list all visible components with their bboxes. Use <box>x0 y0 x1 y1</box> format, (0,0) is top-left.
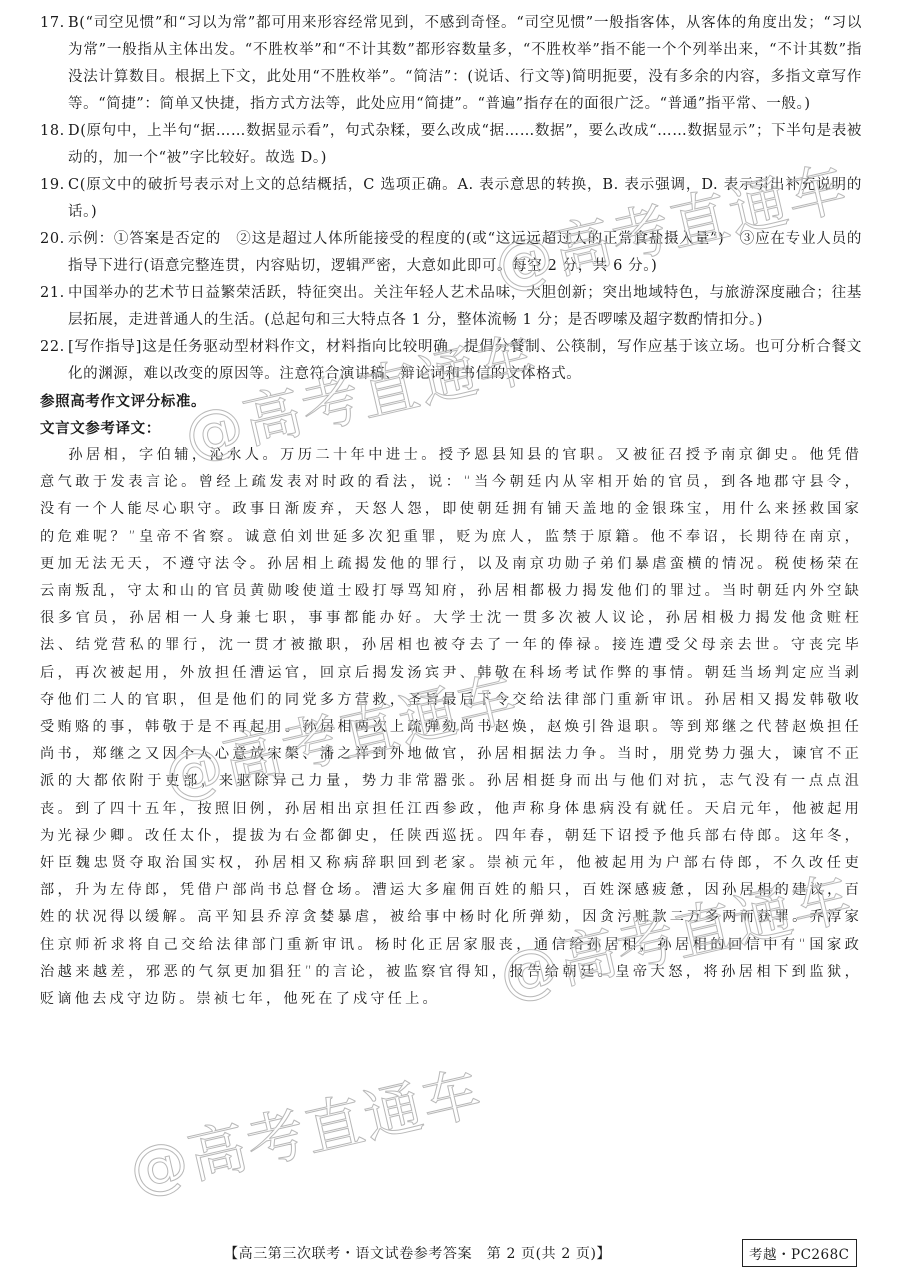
answer-text: C(原文中的破折号表示对上文的总结概括，C 选项正确。A. 表示意思的转换，B.… <box>68 177 862 220</box>
translation-heading: 文言文参考译文： <box>40 415 862 442</box>
page-footer: 【高三第三次联考・语文试卷参考答案 第 2 页(共 2 页)】 考越・PC268… <box>0 1239 900 1269</box>
translation-body: 孙居相，字伯辅，沁水人。万历二十年中进士。授予恩县知县的官职。又被征召授予南京御… <box>40 442 862 1013</box>
question-number: 17. <box>40 10 65 37</box>
footer-title: 【高三第三次联考・语文试卷参考答案 第 2 页(共 2 页)】 <box>224 1243 611 1263</box>
answer-text: [写作指导]这是任务驱动型材料作文，材料指向比较明确，提倡分餐制、公筷制，写作应… <box>68 339 862 382</box>
answer-item-22: 22. [写作指导]这是任务驱动型材料作文，材料指向比较明确，提倡分餐制、公筷制… <box>40 334 862 388</box>
answer-text: 示例：①答案是否定的 ②这是超过人体所能接受的程度的(或“这远远超过人的正常食盐… <box>68 231 862 274</box>
question-number: 19. <box>40 172 65 199</box>
answer-item-18: 18. D(原句中，上半句“据……数据显示看”，句式杂糅，要么改成“据……数据”… <box>40 118 862 172</box>
answer-item-19: 19. C(原文中的破折号表示对上文的总结概括，C 选项正确。A. 表示意思的转… <box>40 172 862 226</box>
question-number: 22. <box>40 334 65 361</box>
question-number: 20. <box>40 226 65 253</box>
answer-item-17: 17. B(“司空见惯”和“习以为常”都可用来形容经常见到，不感到奇怪。“司空见… <box>40 10 862 118</box>
essay-standard-heading: 参照高考作文评分标准。 <box>40 388 862 415</box>
exam-code-badge: 考越・PC268C <box>742 1239 857 1267</box>
answer-text: B(“司空见惯”和“习以为常”都可用来形容经常见到，不感到奇怪。“司空见惯”一般… <box>68 15 862 112</box>
answer-key-page: 17. B(“司空见惯”和“习以为常”都可用来形容经常见到，不感到奇怪。“司空见… <box>0 0 900 1278</box>
question-number: 21. <box>40 280 65 307</box>
answer-item-20: 20. 示例：①答案是否定的 ②这是超过人体所能接受的程度的(或“这远远超过人的… <box>40 226 862 280</box>
answer-text: 中国举办的艺术节日益繁荣活跃，特征突出。关注年轻人艺术品味，大胆创新；突出地域特… <box>68 285 862 328</box>
page-content: 17. B(“司空见惯”和“习以为常”都可用来形容经常见到，不感到奇怪。“司空见… <box>40 10 862 1013</box>
question-number: 18. <box>40 118 65 145</box>
answer-text: D(原句中，上半句“据……数据显示看”，句式杂糅，要么改成“据……数据”，要么改… <box>68 123 862 166</box>
watermark: @高考直通车 <box>120 1046 490 1209</box>
answer-item-21: 21. 中国举办的艺术节日益繁荣活跃，特征突出。关注年轻人艺术品味，大胆创新；突… <box>40 280 862 334</box>
